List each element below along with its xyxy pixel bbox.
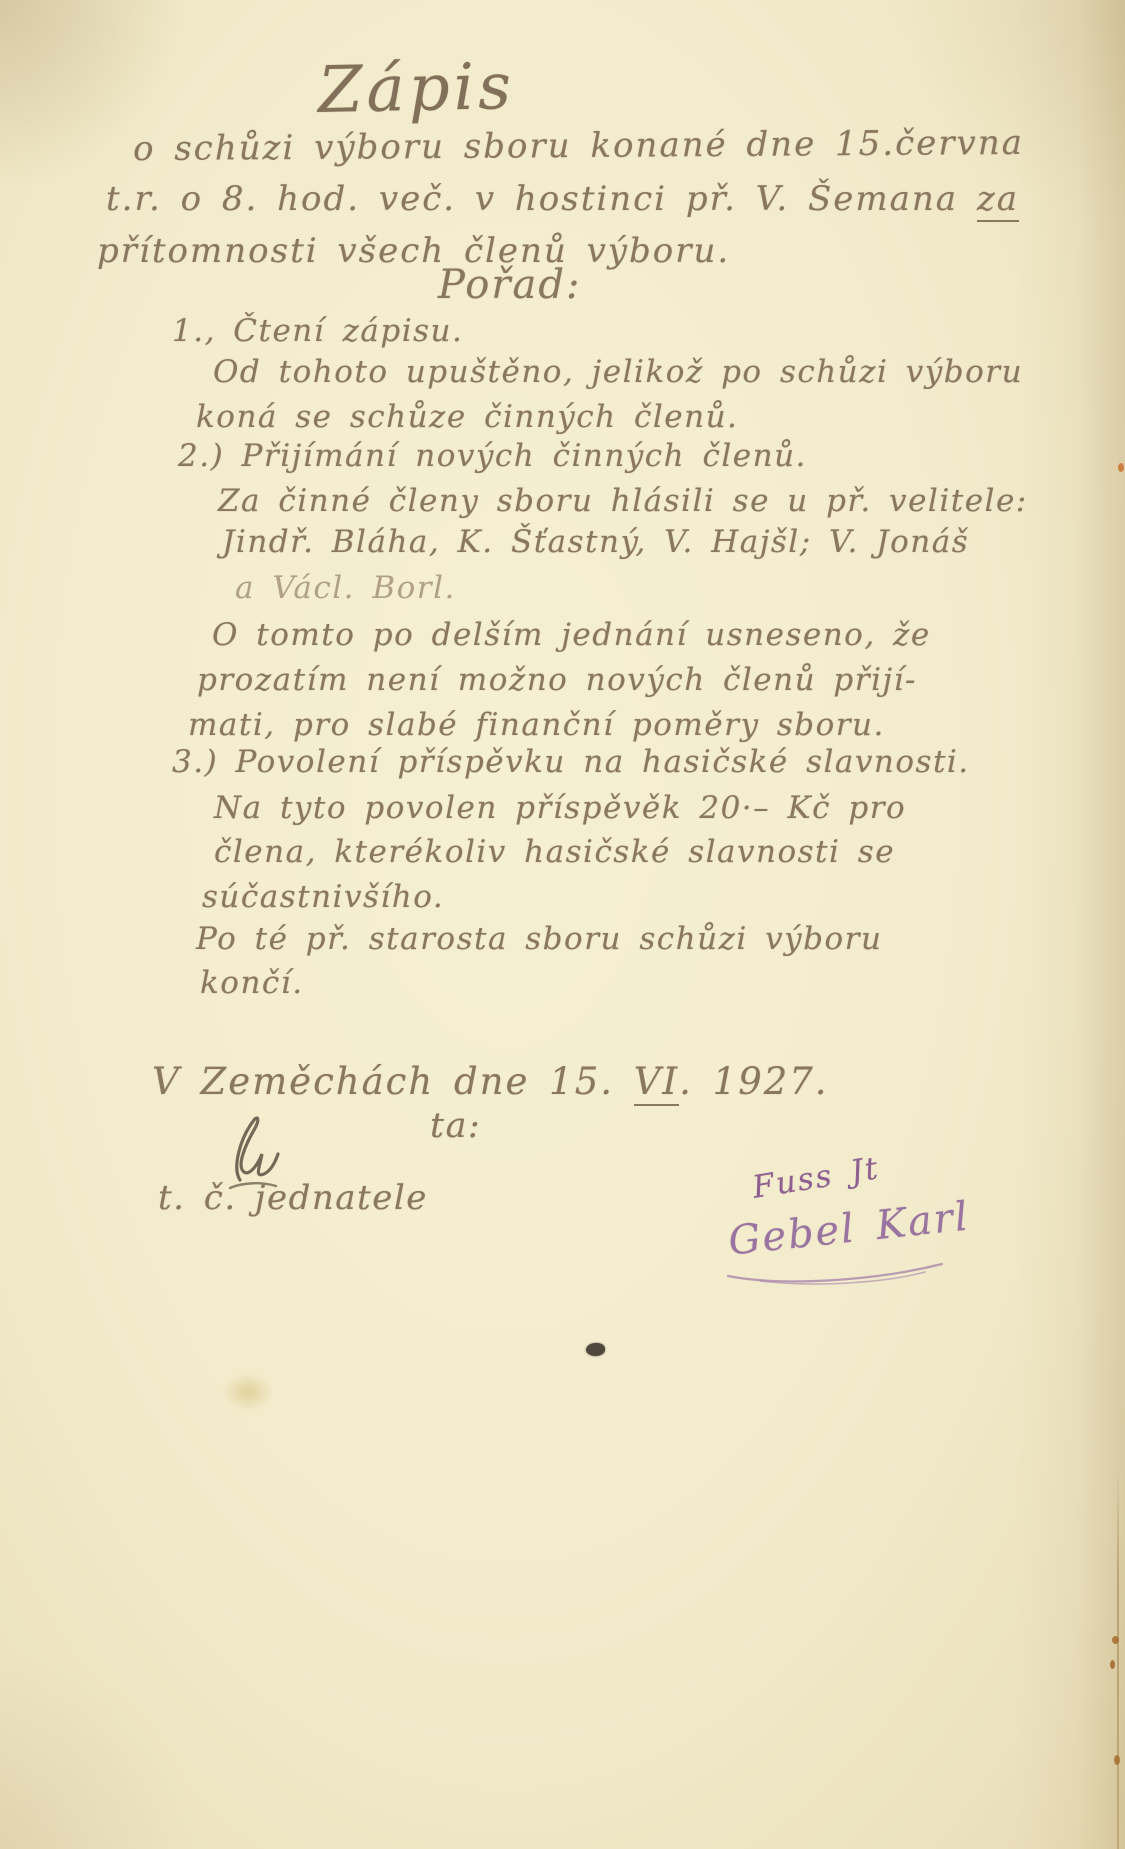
intro-line-1: o schůzi výboru sboru konané dne 15.červ… xyxy=(133,123,1024,169)
body-line: Na tyto povolen příspěvěk 20·– Kč pro xyxy=(214,790,906,826)
body-line: Od tohoto upuštěno, jelikož po schůzi vý… xyxy=(213,354,1023,390)
body-line: O tomto po delším jednání usneseno, že xyxy=(212,617,931,653)
stain xyxy=(1114,1755,1120,1765)
closing-date-month-roman: VI xyxy=(634,1060,679,1106)
manuscript-page: Zápis o schůzi výboru sboru konané dne 1… xyxy=(0,0,1125,1849)
body-line: končí. xyxy=(200,965,304,1001)
body-line: Po té př. starosta sboru schůzi výboru xyxy=(196,921,882,957)
intro-line-2-text: t.r. o 8. hod. več. v hostinci př. V. Še… xyxy=(106,179,958,219)
intro-line-2: t.r. o 8. hod. več. v hostinci př. V. Še… xyxy=(106,179,1019,219)
body-line: Za činné členy sboru hlásili se u př. ve… xyxy=(218,483,1028,519)
body-line: mati, pro slabé finanční poměry sboru. xyxy=(188,707,885,743)
intro-line-2-underlined-word: za xyxy=(977,179,1019,222)
signature-flourish-icon xyxy=(720,1258,960,1288)
page-title: Zápis xyxy=(317,50,515,128)
body-line-names: Jindř. Bláha, K. Šťastný, V. Hajšl; V. J… xyxy=(222,524,969,560)
body-line: koná se schůze činných členů. xyxy=(196,399,738,435)
body-line: súčastnivšího. xyxy=(202,879,444,915)
closing-note: ta: xyxy=(430,1106,481,1146)
closing-date-year: . 1927. xyxy=(679,1060,828,1103)
signature-1: Fuss Jt xyxy=(750,1150,882,1206)
secretary-role-label: t. č. jednatele xyxy=(158,1178,428,1218)
stain xyxy=(1110,1660,1115,1669)
agenda-item-3: 3.) Povolení příspěvku na hasičské slavn… xyxy=(172,744,970,780)
agenda-item-1: 1., Čtení zápisu. xyxy=(172,313,463,349)
stain xyxy=(1118,463,1124,472)
body-line: člena, kterékoliv hasičské slavnosti se xyxy=(214,834,895,870)
closing-date-text: V Zeměchách dne 15. xyxy=(152,1060,634,1103)
agenda-item-2: 2.) Přijímání nových činných členů. xyxy=(178,438,807,474)
closing-place-date: V Zeměchách dne 15. VI. 1927. xyxy=(152,1060,829,1103)
ink-blot xyxy=(586,1343,605,1356)
intro-line-3: přítomnosti všech členů výboru. xyxy=(97,231,730,271)
body-line-name-pencil: a Václ. Borl. xyxy=(235,570,456,606)
stain xyxy=(222,1372,274,1412)
agenda-heading: Pořad: xyxy=(438,262,581,308)
stain xyxy=(1112,1636,1119,1644)
body-line: prozatím není možno nových členů přijí- xyxy=(197,662,917,698)
